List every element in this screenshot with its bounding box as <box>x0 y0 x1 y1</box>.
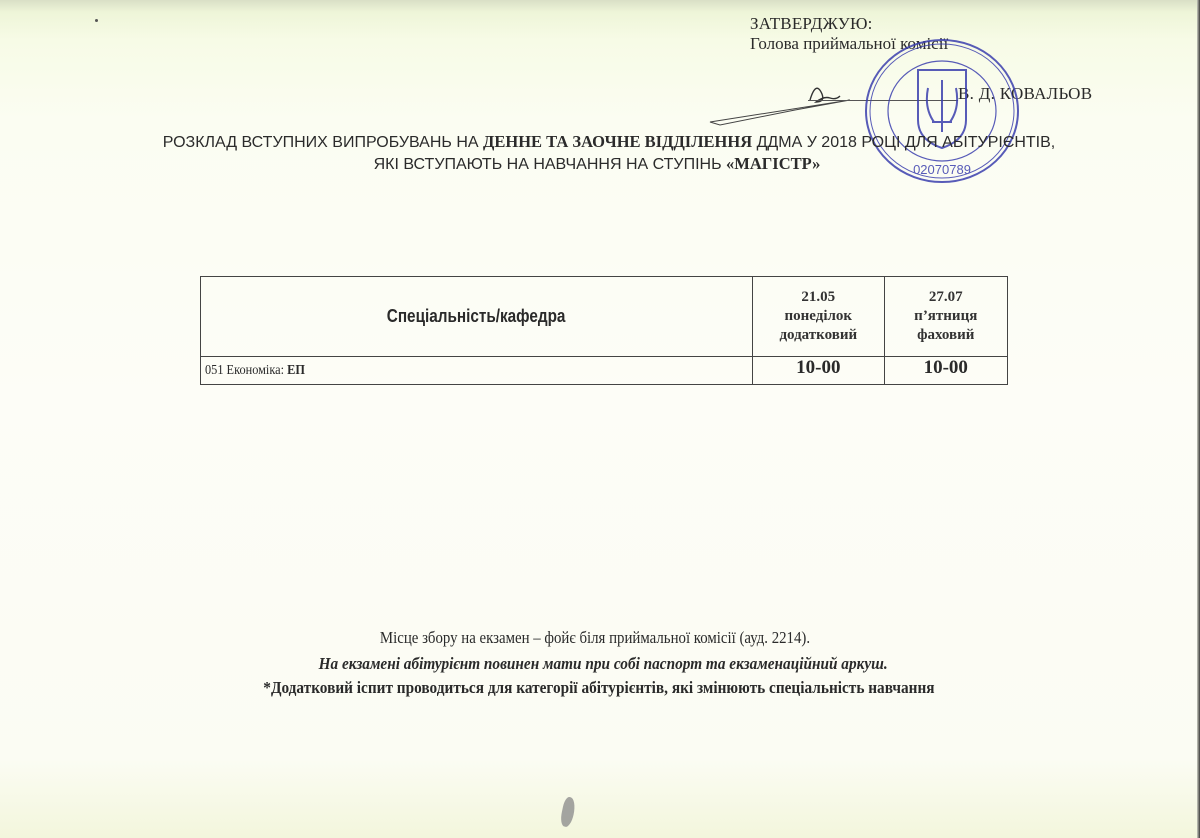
title-line1-suffix: ДДМА У 2018 РОЦІ ДЛЯ АБІТУРІЄНТІВ, <box>752 134 1055 151</box>
approval-heading: ЗАТВЕРДЖУЮ: <box>750 14 948 34</box>
table-header-row: Спеціальність/кафедра 21.05 понеділок до… <box>201 277 1008 357</box>
title-line2-prefix: ЯКІ ВСТУПАЮТЬ НА НАВЧАННЯ НА СТУПІНЬ <box>374 156 726 173</box>
footer-place: Місце збору на екзамен – фойє біля прийм… <box>0 628 1195 648</box>
row-time-2: 10-00 <box>884 357 1007 385</box>
header-date-1: 21.05 понеділок додатковий <box>753 277 884 357</box>
header-date-2: 27.07 п’ятниця фаховий <box>884 277 1007 357</box>
row-time-1: 10-00 <box>753 357 884 385</box>
title-line2-bold: «МАГІСТР» <box>726 154 820 173</box>
schedule-table: Спеціальність/кафедра 21.05 понеділок до… <box>200 276 1008 385</box>
header-specialty: Спеціальність/кафедра <box>201 277 753 357</box>
table-row: 051 Економіка: ЕП 10-00 10-00 <box>201 357 1008 385</box>
row-specialty: 051 Економіка: ЕП <box>201 357 753 385</box>
title-line1-prefix: РОЗКЛАД ВСТУПНИХ ВИПРОБУВАНЬ НА <box>163 134 483 151</box>
paper-speck <box>95 19 98 22</box>
footer-note: *Додатковий іспит проводиться для катего… <box>0 678 1199 698</box>
document-title: РОЗКЛАД ВСТУПНИХ ВИПРОБУВАНЬ НА ДЕННЕ ТА… <box>0 131 1200 175</box>
title-line1-bold: ДЕННЕ ТА ЗАОЧНЕ ВІДДІЛЕННЯ <box>483 132 752 151</box>
ink-blot <box>559 796 577 828</box>
footer-documents: На екзамені абітурієнт повинен мати при … <box>3 654 1200 674</box>
